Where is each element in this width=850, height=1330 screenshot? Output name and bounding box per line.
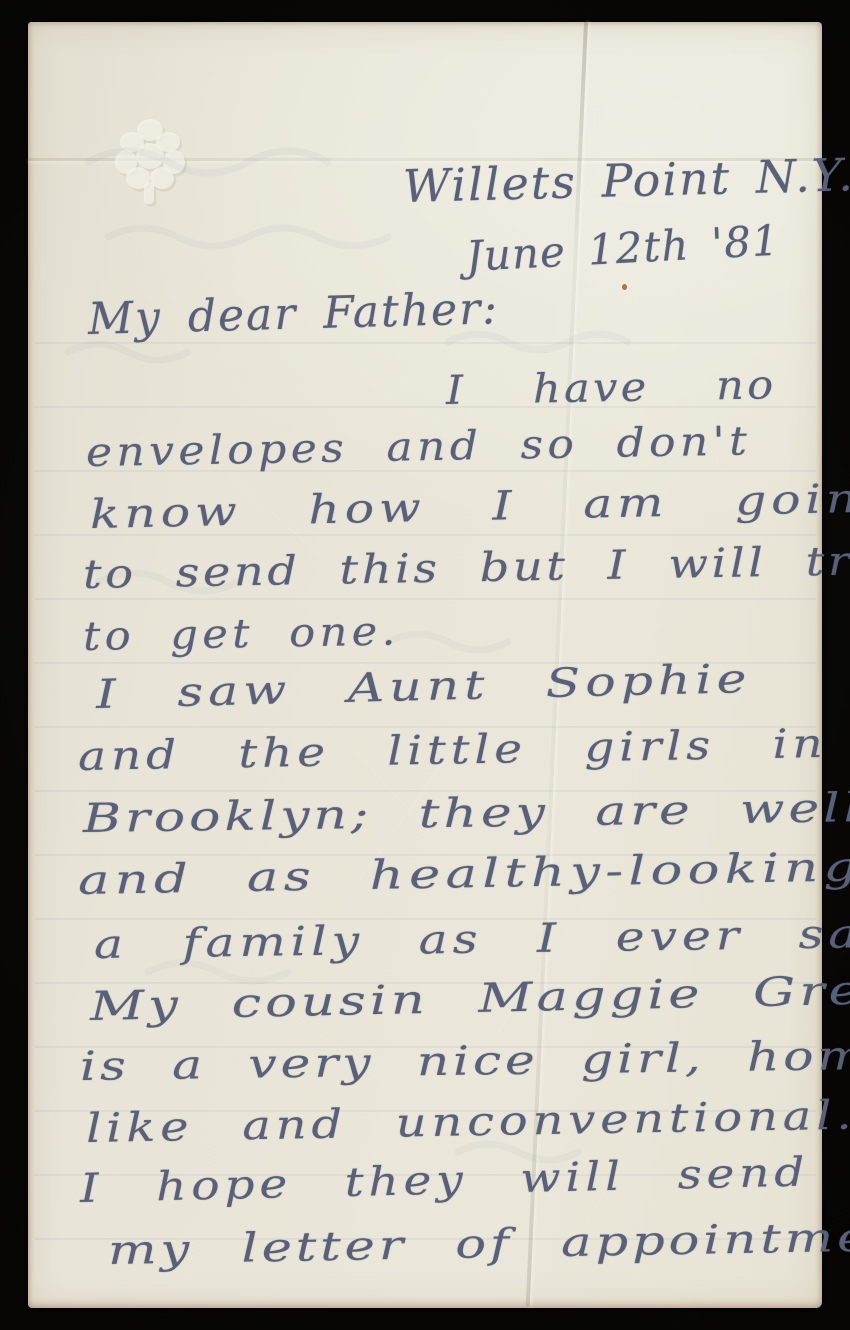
letter-line: My cousin Maggie Green bbox=[90, 966, 850, 1030]
letter-line: and the little girls in bbox=[78, 721, 828, 780]
letter-line: I have no bbox=[446, 362, 777, 414]
letter-line: know how I am going bbox=[90, 475, 850, 538]
heading-place: Willets Point N.Y. bbox=[402, 148, 850, 213]
letter-line: my letter of appointment bbox=[108, 1214, 850, 1274]
letter-line: like and unconventional. bbox=[86, 1093, 850, 1152]
letter-line: and as healthy-looking bbox=[78, 844, 850, 904]
photo-backdrop: Willets Point N.Y. June 12th '81 My dear… bbox=[0, 0, 850, 1330]
letter-line: Brooklyn; they are well bbox=[83, 785, 850, 842]
heading-date: June 12th '81 bbox=[465, 216, 781, 281]
letter-line: a family as I ever saw. bbox=[94, 910, 850, 968]
letter-paper: Willets Point N.Y. June 12th '81 My dear… bbox=[28, 22, 822, 1308]
letter-line: envelopes and so don't bbox=[86, 418, 752, 476]
letter-line: I saw Aunt Sophie bbox=[95, 656, 752, 718]
paper-speck bbox=[622, 284, 627, 290]
letter-line: to get one. bbox=[83, 608, 400, 660]
letter-line: I hope they will send bbox=[79, 1149, 809, 1212]
letter-line: to send this but I will try bbox=[83, 538, 850, 598]
salutation: My dear Father: bbox=[87, 283, 499, 345]
letter-line: is a very nice girl, home- bbox=[80, 1032, 850, 1090]
embossed-seal-icon bbox=[108, 112, 192, 208]
